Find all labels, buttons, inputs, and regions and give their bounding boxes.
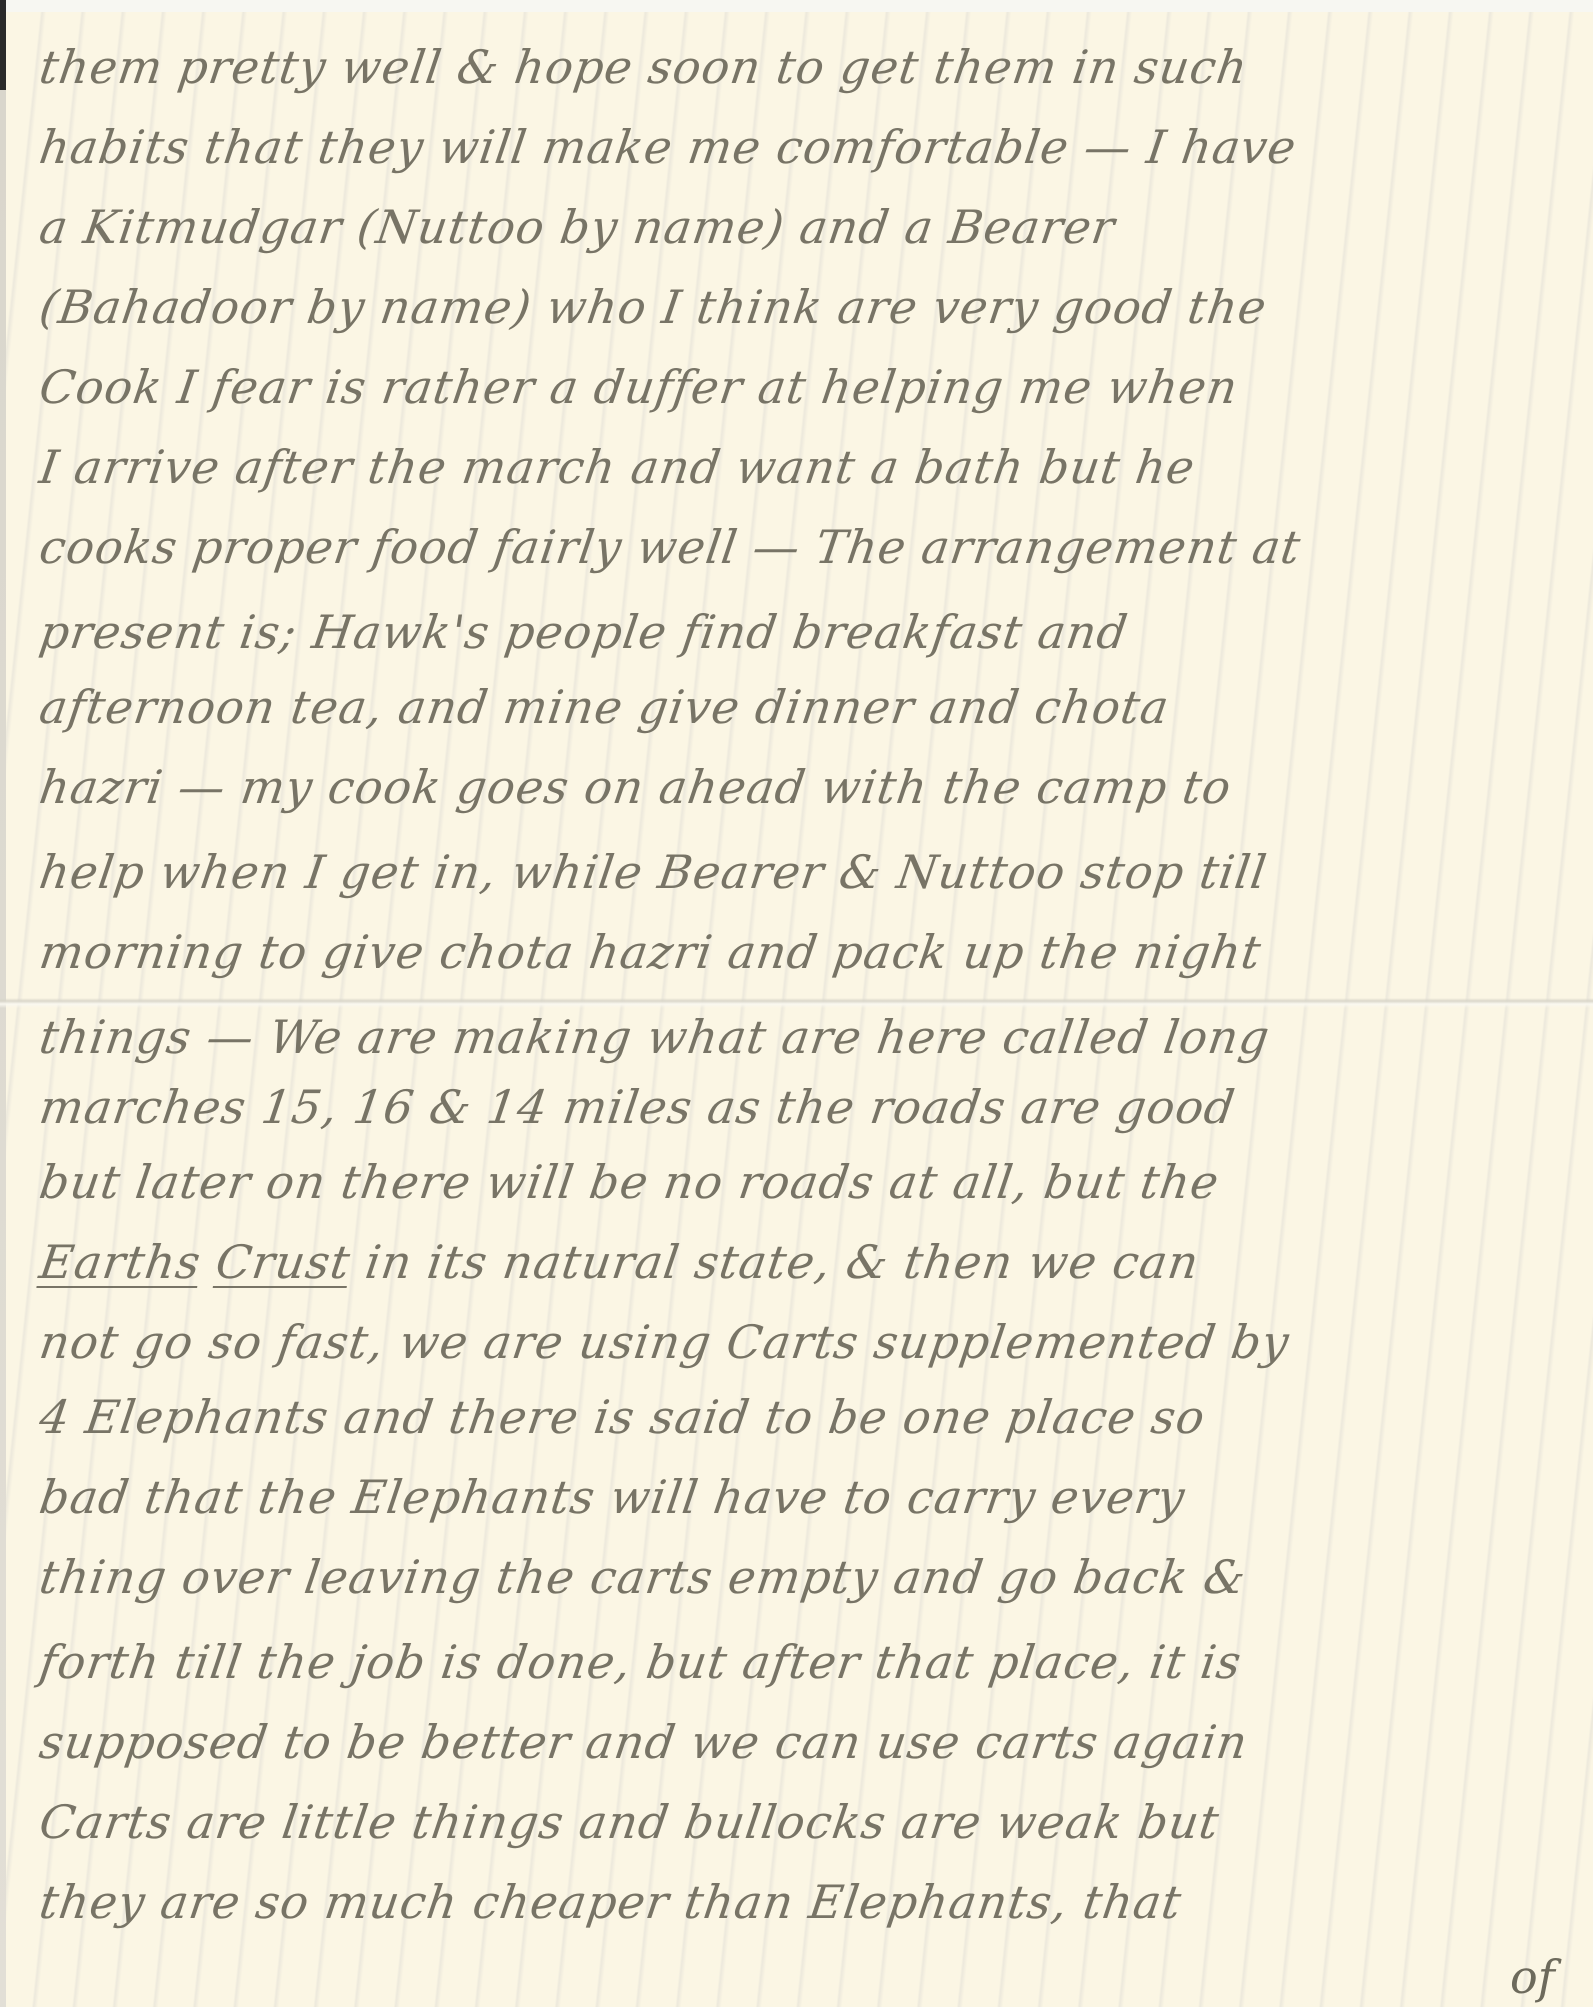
letter-line: Cook I fear is rather a duffer at helpin… <box>36 360 1574 414</box>
line-text: in its natural state, & then we can <box>346 1235 1202 1289</box>
letter-line: Carts are little things and bullocks are… <box>36 1795 1574 1849</box>
letter-line: morning to give chota hazri and pack up … <box>36 925 1574 979</box>
scan-top-margin <box>0 0 1593 12</box>
letter-line: supposed to be better and we can use car… <box>36 1715 1574 1769</box>
letter-line: marches 15, 16 & 14 miles as the roads a… <box>36 1080 1574 1134</box>
letter-line: cooks proper food fairly well — The arra… <box>36 520 1574 574</box>
letter-line: they are so much cheaper than Elephants,… <box>36 1875 1574 1929</box>
letter-line: them pretty well & hope soon to get them… <box>36 40 1574 94</box>
letter-line: hazri — my cook goes on ahead with the c… <box>36 760 1574 814</box>
letter-line: not go so fast, we are using Carts suppl… <box>36 1315 1574 1369</box>
letter-line: 4 Elephants and there is said to be one … <box>36 1390 1574 1444</box>
letter-line: help when I get in, while Bearer & Nutto… <box>36 845 1574 899</box>
letter-line: Earths Crust in its natural state, & the… <box>36 1235 1574 1289</box>
letter-line: I arrive after the march and want a bath… <box>36 440 1574 494</box>
letter-line: but later on there will be no roads at a… <box>36 1155 1574 1209</box>
catchword: of <box>1510 1950 1555 2004</box>
letter-line: bad that the Elephants will have to carr… <box>36 1470 1574 1524</box>
letter-line: afternoon tea, and mine give dinner and … <box>36 680 1574 734</box>
underlined-word: Crust <box>213 1235 354 1289</box>
underlined-word: Earths <box>36 1235 204 1289</box>
letter-line: thing over leaving the carts empty and g… <box>36 1550 1574 1604</box>
letter-line: a Kitmudgar (Nuttoo by name) and a Beare… <box>36 200 1574 254</box>
paper-fold-crease <box>0 998 1593 1008</box>
letter-line: forth till the job is done, but after th… <box>36 1635 1574 1689</box>
letter-line: (Bahadoor by name) who I think are very … <box>36 280 1574 334</box>
letter-line: things — We are making what are here cal… <box>36 1010 1574 1064</box>
letter-line: present is; Hawk's people find breakfast… <box>36 605 1574 659</box>
letter-line: habits that they will make me comfortabl… <box>36 120 1574 174</box>
